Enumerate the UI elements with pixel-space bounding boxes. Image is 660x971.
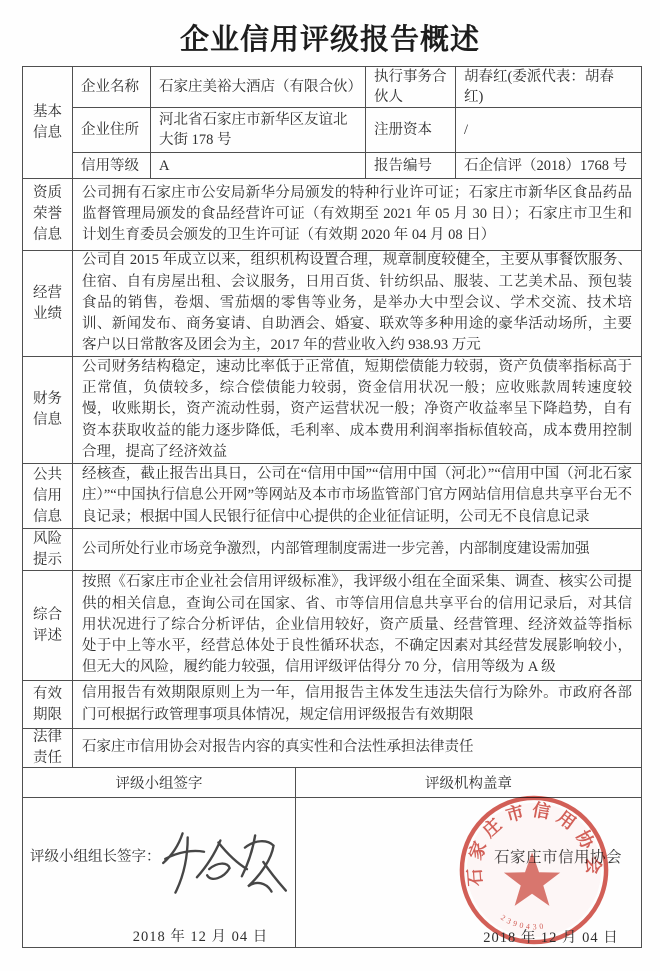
section-content-risk: 公司所处行业市场竞争激烈，内部管理制度需进一步完善，内部制度建设需加强 bbox=[73, 529, 641, 571]
credit-grade-value: A bbox=[151, 153, 366, 179]
section-label-overall-review: 综合评述 bbox=[23, 571, 73, 681]
team-signature-date: 2018 年 12 月 04 日 bbox=[118, 925, 283, 946]
company-name-label: 企业名称 bbox=[73, 67, 151, 108]
executive-partner-value: 胡春红(委派代表：胡春红) bbox=[456, 67, 641, 108]
section-label-validity: 有效期限 bbox=[23, 681, 73, 729]
section-content-qualification: 公司拥有石家庄市公安局新华分局颁发的特种行业许可证；石家庄市新华区食品药品监督管… bbox=[73, 179, 641, 251]
section-label-risk: 风险提示 bbox=[23, 529, 73, 571]
credit-grade-label: 信用等级 bbox=[73, 153, 151, 179]
page-title: 企业信用评级报告概述 bbox=[0, 17, 660, 58]
registered-capital-value: / bbox=[456, 108, 641, 153]
section-content-finance: 公司财务结构稳定，速动比率低于正常值，短期偿债能力较弱，资产负债率指标高于正常值… bbox=[73, 357, 641, 464]
company-address-value: 河北省石家庄市新华区友谊北大街 178 号 bbox=[151, 108, 366, 153]
report-number-label: 报告编号 bbox=[366, 153, 456, 179]
section-label-finance: 财务信息 bbox=[23, 357, 73, 464]
handwritten-signature bbox=[156, 822, 294, 906]
section-content-public-credit: 经核查，截止报告出具日，公司在“信用中国”“信用中国（河北）”“信用中国（河北石… bbox=[73, 464, 641, 529]
registered-capital-label: 注册资本 bbox=[366, 108, 456, 153]
section-content-overall-review: 按照《石家庄市企业社会信用评级标准》，我评级小组在全面采集、调查、核实公司提供的… bbox=[73, 571, 641, 681]
report-main-grid: 基本信息 企业名称 石家庄美裕大酒店（有限合伙） 执行事务合伙人 胡春红(委派代… bbox=[23, 67, 641, 768]
credit-rating-report-page: 企业信用评级报告概述 基本信息 企业名称 石家庄美裕大酒店（有限合伙） 执行事务… bbox=[0, 0, 660, 971]
section-label-qualification: 资质荣誉信息 bbox=[23, 179, 73, 251]
executive-partner-label: 执行事务合伙人 bbox=[366, 67, 456, 108]
report-number-value: 石企信评（2018）1768 号 bbox=[456, 153, 641, 179]
company-name-value: 石家庄美裕大酒店（有限合伙） bbox=[151, 67, 366, 108]
company-address-label: 企业住所 bbox=[73, 108, 151, 153]
section-content-performance: 公司自 2015 年成立以来，组织机构设置合理，规章制度较健全，主要从事餐饮服务… bbox=[73, 251, 641, 357]
org-seal-date: 2018 年 12 月 04 日 bbox=[470, 926, 632, 947]
section-label-basic-info: 基本信息 bbox=[23, 67, 73, 179]
rating-team-signature-header: 评级小组签字 bbox=[23, 768, 296, 797]
team-leader-signature-label: 评级小组组长签字： bbox=[30, 845, 161, 866]
section-content-legal: 石家庄市信用协会对报告内容的真实性和合法性承担法律责任 bbox=[73, 729, 641, 768]
section-label-performance: 经营业绩 bbox=[23, 251, 73, 357]
section-label-public-credit: 公共信用信息 bbox=[23, 464, 73, 529]
section-label-legal: 法律责任 bbox=[23, 729, 73, 768]
section-content-validity: 信用报告有效期限原则上为一年，信用报告主体发生违法失信行为除外。市政府各部门可根… bbox=[73, 681, 641, 729]
